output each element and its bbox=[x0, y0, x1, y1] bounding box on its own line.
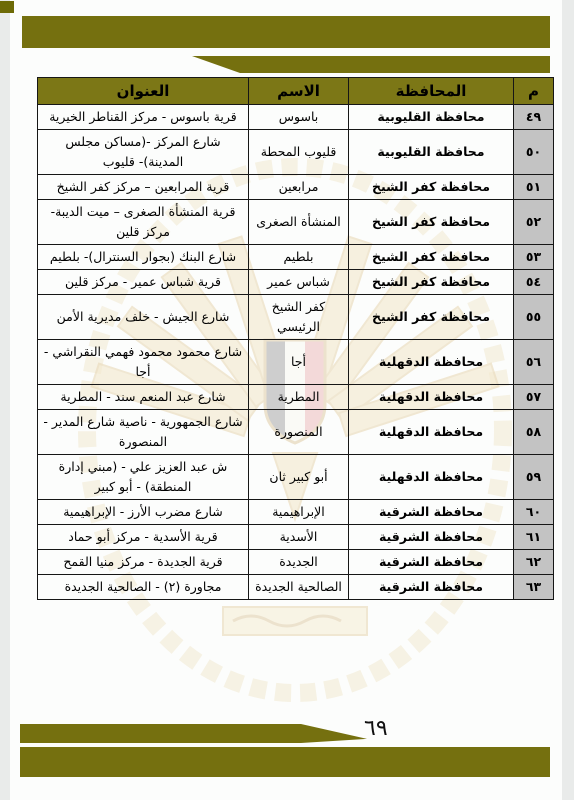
table-row: ٦٠محافظة الشرقيةالإبراهيميةشارع مضرب الأ… bbox=[38, 500, 554, 525]
table-row: ٥١محافظة كفر الشيخمرابعينقرية المرابعين … bbox=[38, 175, 554, 200]
cell-name: بلطيم bbox=[249, 245, 349, 270]
cell-name: أجا bbox=[249, 340, 349, 385]
cell-name: الأسدية bbox=[249, 525, 349, 550]
table-row: ٥٧محافظة الدقهليةالمطريةشارع عبد المنعم … bbox=[38, 385, 554, 410]
cell-address: شارع مضرب الأرز - الإبراهيمية bbox=[38, 500, 249, 525]
top-accent-bar bbox=[22, 16, 550, 48]
cell-name: كفر الشيخ الرئيسي bbox=[249, 295, 349, 340]
cell-name: المنصورة bbox=[249, 410, 349, 455]
cell-address: قرية الأسدية - مركز أبو حماد bbox=[38, 525, 249, 550]
cell-name: الإبراهيمية bbox=[249, 500, 349, 525]
cell-name: الجديدة bbox=[249, 550, 349, 575]
cell-governorate: محافظة الشرقية bbox=[349, 575, 514, 600]
table-row: ٥٥محافظة كفر الشيخكفر الشيخ الرئيسيشارع … bbox=[38, 295, 554, 340]
cell-address: شارع الجمهورية - ناصية شارع المدير - الم… bbox=[38, 410, 249, 455]
cell-address: مجاورة (٢) - الصالحية الجديدة bbox=[38, 575, 249, 600]
cell-governorate: محافظة الدقهلية bbox=[349, 410, 514, 455]
cell-address: شارع محمود محمود فهمي النقراشي - أجا bbox=[38, 340, 249, 385]
page-number: ٦٩ bbox=[364, 716, 388, 741]
cell-index: ٥٩ bbox=[514, 455, 554, 500]
cell-governorate: محافظة كفر الشيخ bbox=[349, 270, 514, 295]
cell-address: قرية باسوس - مركز القناطر الخيرية bbox=[38, 105, 249, 130]
bottom-accent-bar bbox=[20, 747, 550, 777]
cell-index: ٥٧ bbox=[514, 385, 554, 410]
cell-name: المطرية bbox=[249, 385, 349, 410]
table-row: ٦٢محافظة الشرقيةالجديدةقرية الجديدة - مر… bbox=[38, 550, 554, 575]
table-row: ٥٨محافظة الدقهليةالمنصورةشارع الجمهورية … bbox=[38, 410, 554, 455]
table-row: ٥٦محافظة الدقهليةأجاشارع محمود محمود فهم… bbox=[38, 340, 554, 385]
locations-table: م المحافظة الاسم العنوان ٤٩محافظة القليو… bbox=[37, 77, 554, 600]
table-header-row: م المحافظة الاسم العنوان bbox=[38, 78, 554, 105]
cell-address: شارع الجيش - خلف مديرية الأمن bbox=[38, 295, 249, 340]
cell-governorate: محافظة الشرقية bbox=[349, 500, 514, 525]
cell-name: مرابعين bbox=[249, 175, 349, 200]
cell-address: قرية شباس عمير - مركز قلين bbox=[38, 270, 249, 295]
cell-governorate: محافظة كفر الشيخ bbox=[349, 175, 514, 200]
cell-index: ٥٨ bbox=[514, 410, 554, 455]
cell-address: شارع المركز -(مساكن مجلس المدينة)- قليوب bbox=[38, 130, 249, 175]
cell-index: ٦١ bbox=[514, 525, 554, 550]
cell-index: ٥٣ bbox=[514, 245, 554, 270]
top-accent-bar-thin bbox=[192, 56, 550, 73]
cell-index: ٥٥ bbox=[514, 295, 554, 340]
cell-index: ٥٤ bbox=[514, 270, 554, 295]
cell-index: ٤٩ bbox=[514, 105, 554, 130]
cell-governorate: محافظة كفر الشيخ bbox=[349, 245, 514, 270]
header-name: الاسم bbox=[249, 78, 349, 105]
cell-name: شباس عمير bbox=[249, 270, 349, 295]
cell-name: باسوس bbox=[249, 105, 349, 130]
cell-address: ش عبد العزيز علي - (مبني إدارة المنطقة) … bbox=[38, 455, 249, 500]
table-row: ٥٣محافظة كفر الشيخبلطيمشارع البنك (بجوار… bbox=[38, 245, 554, 270]
cell-address: قرية الجديدة - مركز منيا القمح bbox=[38, 550, 249, 575]
table-row: ٦١محافظة الشرقيةالأسديةقرية الأسدية - مر… bbox=[38, 525, 554, 550]
cell-governorate: محافظة القليوبية bbox=[349, 105, 514, 130]
table-row: ٤٩محافظة القليوبيةباسوسقرية باسوس - مركز… bbox=[38, 105, 554, 130]
cell-index: ٥٦ bbox=[514, 340, 554, 385]
header-index: م bbox=[514, 78, 554, 105]
cell-address: شارع عبد المنعم سند - المطرية bbox=[38, 385, 249, 410]
cell-address: قرية المنشأة الصغرى – ميت الديبة- مركز ق… bbox=[38, 200, 249, 245]
cell-governorate: محافظة الشرقية bbox=[349, 525, 514, 550]
cell-governorate: محافظة الدقهلية bbox=[349, 385, 514, 410]
table-row: ٥٤محافظة كفر الشيخشباس عميرقرية شباس عمي… bbox=[38, 270, 554, 295]
cell-index: ٥١ bbox=[514, 175, 554, 200]
cell-governorate: محافظة القليوبية bbox=[349, 130, 514, 175]
cell-address: قرية المرابعين – مركز كفر الشيخ bbox=[38, 175, 249, 200]
cell-governorate: محافظة الدقهلية bbox=[349, 455, 514, 500]
cell-index: ٥٠ bbox=[514, 130, 554, 175]
cell-address: شارع البنك (بجوار السنترال)- بلطيم bbox=[38, 245, 249, 270]
cell-governorate: محافظة كفر الشيخ bbox=[349, 295, 514, 340]
table-row: ٥٢محافظة كفر الشيخالمنشأة الصغرىقرية الم… bbox=[38, 200, 554, 245]
cell-governorate: محافظة الشرقية bbox=[349, 550, 514, 575]
table-row: ٦٣محافظة الشرقيةالصالحية الجديدةمجاورة (… bbox=[38, 575, 554, 600]
header-address: العنوان bbox=[38, 78, 249, 105]
table-row: ٥٩محافظة الدقهليةأبو كبير ثانش عبد العزي… bbox=[38, 455, 554, 500]
table-row: ٥٠محافظة القليوبيةقليوب المحطةشارع المرك… bbox=[38, 130, 554, 175]
cell-index: ٦٠ bbox=[514, 500, 554, 525]
cell-index: ٦٣ bbox=[514, 575, 554, 600]
cell-name: أبو كبير ثان bbox=[249, 455, 349, 500]
cell-index: ٦٢ bbox=[514, 550, 554, 575]
cell-name: الصالحية الجديدة bbox=[249, 575, 349, 600]
corner-accent-block bbox=[0, 1, 14, 13]
header-governorate: المحافظة bbox=[349, 78, 514, 105]
cell-index: ٥٢ bbox=[514, 200, 554, 245]
cell-governorate: محافظة كفر الشيخ bbox=[349, 200, 514, 245]
cell-governorate: محافظة الدقهلية bbox=[349, 340, 514, 385]
cell-name: المنشأة الصغرى bbox=[249, 200, 349, 245]
cell-name: قليوب المحطة bbox=[249, 130, 349, 175]
